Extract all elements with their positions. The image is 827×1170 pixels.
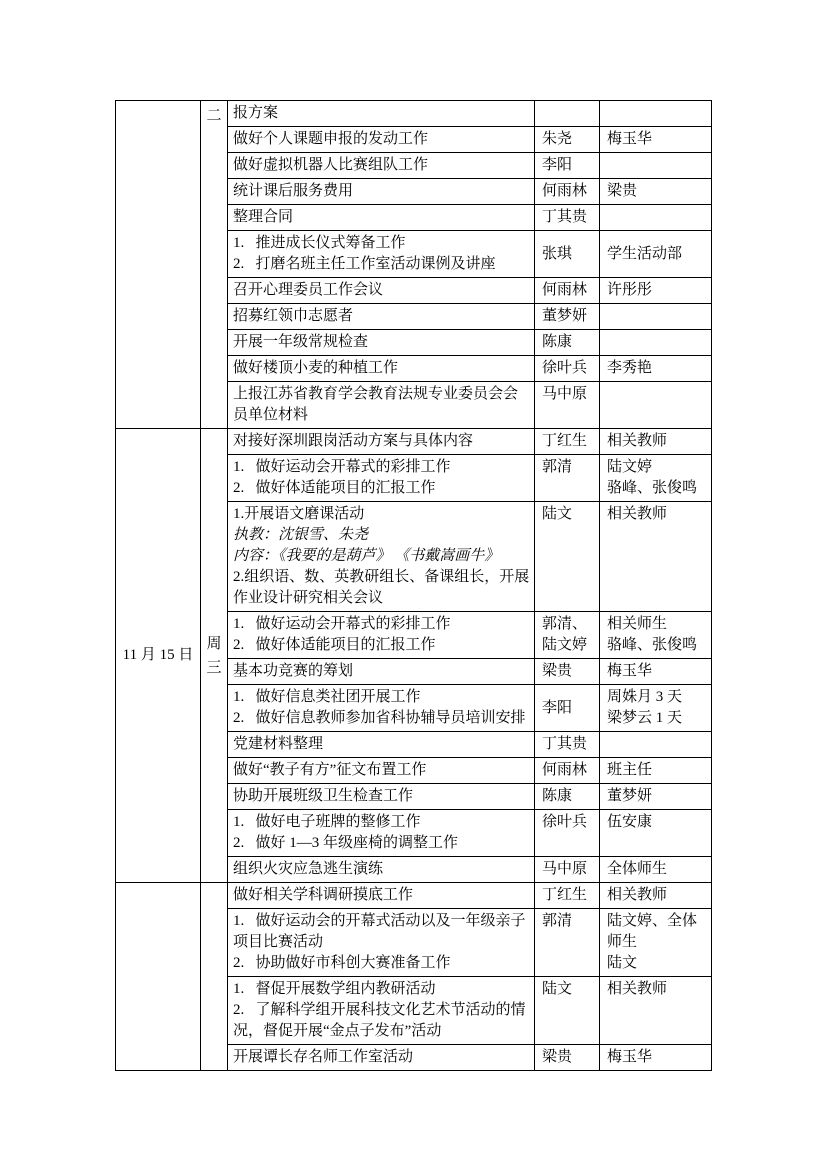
day-block-wednesday: 11 月 15 日 周三 对接好深圳跟岗活动方案与具体内容 丁红生 相关教师 1…: [116, 429, 711, 883]
table-row: 统计课后服务费用 何雨林 梁贵: [228, 179, 711, 205]
assist-cell: 相关教师: [599, 977, 711, 1044]
person-cell: 梁贵: [534, 659, 599, 684]
assist-cell: 梅玉华: [599, 659, 711, 684]
task-paragraph: 报方案: [233, 103, 532, 124]
person-name: 何雨林: [542, 760, 598, 781]
task-cell: 开展一年级常规检查: [228, 330, 534, 355]
assist-cell: 陆文婷、全体师生 陆文: [599, 909, 711, 976]
person-cell: 何雨林: [534, 278, 599, 303]
task-cell: 统计课后服务费用: [228, 179, 534, 204]
task-cell: 整理合同: [228, 205, 534, 230]
assist-cell: 全体师生: [599, 857, 711, 882]
task-paragraph: 2. 打磨名班主任工作室活动课例及讲座: [233, 254, 532, 275]
person-name: 朱尧: [542, 129, 598, 150]
table-row: 党建材料整理 丁其贵: [228, 732, 711, 758]
task-paragraph: 做好虚拟机器人比赛组队工作: [233, 155, 532, 176]
assist-cell: [599, 330, 711, 355]
table-row: 1. 做好运动会的开幕式活动以及一年级亲子项目比赛活动 2. 协助做好市科创大赛…: [228, 909, 711, 977]
person-cell: 徐叶兵: [534, 810, 599, 856]
assist-line: 相关教师: [607, 979, 709, 1000]
table-row: 开展谭长存名师工作室活动 梁贵 梅玉华: [228, 1045, 711, 1070]
person-name: 丁其贵: [542, 734, 598, 755]
assist-line: 相关教师: [607, 431, 709, 452]
task-paragraph: 协助开展班级卫生检查工作: [233, 786, 532, 807]
table-row: 上报江苏省教育学会教育法规专业委员会会员单位材料 马中原: [228, 382, 711, 428]
schedule-table: 二 报方案 做好个人课题申报的发动工作 朱尧 梅玉华 做好虚拟机器人比赛组队工作…: [115, 100, 712, 1071]
person-cell: 梁贵: [534, 1045, 599, 1070]
task-paragraph: 1. 做好运动会的开幕式活动以及一年级亲子项目比赛活动: [233, 911, 532, 953]
task-cell: 组织火灾应急逃生演练: [228, 857, 534, 882]
table-row: 召开心理委员工作会议 何雨林 许彤彤: [228, 278, 711, 304]
task-cell: 上报江苏省教育学会教育法规专业委员会会员单位材料: [228, 382, 534, 428]
table-row: 1. 做好运动会开幕式的彩排工作 2. 做好体适能项目的汇报工作 郭清 陆文婷 …: [228, 455, 711, 502]
assist-line: 陆文婷、全体师生: [607, 911, 709, 953]
task-paragraph: 1. 做好信息类社团开展工作: [233, 687, 532, 708]
task-cell: 招募红领巾志愿者: [228, 304, 534, 329]
task-paragraph: 党建材料整理: [233, 734, 532, 755]
person-name: 李阳: [542, 698, 598, 719]
table-row: 1.开展语文磨课活动 执教：沈银雪、朱尧 内容：《我要的是葫芦》 《书戴嵩画牛》…: [228, 502, 711, 612]
task-paragraph: 1. 推进成长仪式筹备工作: [233, 233, 532, 254]
person-name: 梁贵: [542, 661, 598, 682]
person-cell: 马中原: [534, 382, 599, 428]
assist-cell: [599, 101, 711, 126]
person-name: [542, 103, 598, 113]
task-cell: 1. 督促开展数学组内教研活动 2. 了解科学组开展科技文化艺术节活动的情况，督…: [228, 977, 534, 1044]
task-paragraph: 2. 做好体适能项目的汇报工作: [233, 478, 532, 499]
task-paragraph: 做好“教子有方”征文布置工作: [233, 760, 532, 781]
person-cell: 陈康: [534, 330, 599, 355]
assist-cell: [599, 153, 711, 178]
task-paragraph: 1.开展语文磨课活动: [233, 504, 532, 525]
person-name: 郭清: [542, 911, 598, 932]
date-cell: 11 月 15 日: [116, 429, 201, 882]
person-name: 丁红生: [542, 885, 598, 906]
person-name: 陈康: [542, 786, 598, 807]
person-name: 何雨林: [542, 280, 598, 301]
task-cell: 做好相关学科调研摸底工作: [228, 883, 534, 908]
task-cell: 对接好深圳跟岗活动方案与具体内容: [228, 429, 534, 454]
person-cell: 马中原: [534, 857, 599, 882]
assist-line: 许彤彤: [607, 280, 709, 301]
person-cell: 郭清: [534, 455, 599, 501]
task-paragraph: 基本功竞赛的筹划: [233, 661, 532, 682]
assist-line: 李秀艳: [607, 358, 709, 379]
person-name: 陆文: [542, 504, 598, 525]
assist-line: 陆文婷: [607, 457, 709, 478]
task-cell: 召开心理委员工作会议: [228, 278, 534, 303]
person-cell: 徐叶兵: [534, 356, 599, 381]
task-rows: 对接好深圳跟岗活动方案与具体内容 丁红生 相关教师 1. 做好运动会开幕式的彩排…: [228, 429, 711, 882]
assist-line: 相关教师: [607, 504, 709, 525]
task-paragraph: 招募红领巾志愿者: [233, 306, 532, 327]
assist-cell: 相关师生 骆峰、张俊鸣: [599, 612, 711, 658]
task-paragraph: 1. 做好运动会开幕式的彩排工作: [233, 614, 532, 635]
assist-cell: 周姝月 3 天 梁梦云 1 天: [599, 685, 711, 731]
person-cell: 郭清: [534, 909, 599, 976]
task-paragraph: 开展谭长存名师工作室活动: [233, 1047, 532, 1068]
person-cell: 张琪: [534, 231, 599, 277]
assist-line: 伍安康: [607, 812, 709, 833]
date-cell: [116, 101, 201, 428]
person-name: 丁其贵: [542, 207, 598, 228]
assist-line: 学生活动部: [607, 244, 709, 265]
person-name: 郭清、陆文婷: [542, 614, 598, 656]
task-paragraph: 开展一年级常规检查: [233, 332, 532, 353]
assist-cell: 梅玉华: [599, 127, 711, 152]
day-block-tuesday: 二 报方案 做好个人课题申报的发动工作 朱尧 梅玉华 做好虚拟机器人比赛组队工作…: [116, 101, 711, 429]
task-rows: 报方案 做好个人课题申报的发动工作 朱尧 梅玉华 做好虚拟机器人比赛组队工作 李…: [228, 101, 711, 428]
task-cell: 协助开展班级卫生检查工作: [228, 784, 534, 809]
person-cell: 何雨林: [534, 758, 599, 783]
assist-cell: 陆文婷 骆峰、张俊鸣: [599, 455, 711, 501]
day-cell: 二: [201, 101, 228, 428]
assist-cell: [599, 382, 711, 428]
person-name: 陆文: [542, 979, 598, 1000]
person-name: 马中原: [542, 859, 598, 880]
table-row: 协助开展班级卫生检查工作 陈康 董梦妍: [228, 784, 711, 810]
person-cell: 李阳: [534, 153, 599, 178]
table-row: 做好虚拟机器人比赛组队工作 李阳: [228, 153, 711, 179]
table-row: 做好个人课题申报的发动工作 朱尧 梅玉华: [228, 127, 711, 153]
person-cell: 丁红生: [534, 883, 599, 908]
person-name: 徐叶兵: [542, 358, 598, 379]
task-paragraph: 上报江苏省教育学会教育法规专业委员会会员单位材料: [233, 384, 532, 426]
table-row: 1. 做好信息类社团开展工作 2. 做好信息教师参加省科协辅导员培训安排 李阳 …: [228, 685, 711, 732]
person-cell: 陈康: [534, 784, 599, 809]
assist-line: 全体师生: [607, 859, 709, 880]
task-paragraph: 组织火灾应急逃生演练: [233, 859, 532, 880]
table-row: 做好“教子有方”征文布置工作 何雨林 班主任: [228, 758, 711, 784]
task-cell: 1. 做好电子班牌的整修工作 2. 做好 1—3 年级座椅的调整工作: [228, 810, 534, 856]
task-cell: 做好“教子有方”征文布置工作: [228, 758, 534, 783]
task-paragraph: 整理合同: [233, 207, 532, 228]
table-row: 做好楼顶小麦的种植工作 徐叶兵 李秀艳: [228, 356, 711, 382]
table-row: 招募红领巾志愿者 董梦妍: [228, 304, 711, 330]
assist-line: 梁贵: [607, 181, 709, 202]
table-row: 基本功竞赛的筹划 梁贵 梅玉华: [228, 659, 711, 685]
task-paragraph: 对接好深圳跟岗活动方案与具体内容: [233, 431, 532, 452]
assist-line: 班主任: [607, 760, 709, 781]
assist-line: 董梦妍: [607, 786, 709, 807]
person-name: 李阳: [542, 155, 598, 176]
assist-line: 骆峰、张俊鸣: [607, 635, 709, 656]
task-paragraph-italic: 执教：沈银雪、朱尧: [233, 525, 532, 546]
table-row: 1. 做好运动会开幕式的彩排工作 2. 做好体适能项目的汇报工作 郭清、陆文婷 …: [228, 612, 711, 659]
person-name: 张琪: [542, 244, 598, 265]
day-block-continuation: 做好相关学科调研摸底工作 丁红生 相关教师 1. 做好运动会的开幕式活动以及一年…: [116, 883, 711, 1070]
assist-line: 周姝月 3 天: [607, 687, 709, 708]
day-text: 周三: [201, 632, 227, 680]
assist-line: 梅玉华: [607, 129, 709, 150]
task-cell: 开展谭长存名师工作室活动: [228, 1045, 534, 1070]
task-paragraph: 召开心理委员工作会议: [233, 280, 532, 301]
table-row: 做好相关学科调研摸底工作 丁红生 相关教师: [228, 883, 711, 909]
table-row: 1. 做好电子班牌的整修工作 2. 做好 1—3 年级座椅的调整工作 徐叶兵 伍…: [228, 810, 711, 857]
task-cell: 做好虚拟机器人比赛组队工作: [228, 153, 534, 178]
date-cell: [116, 883, 201, 1070]
person-name: 何雨林: [542, 181, 598, 202]
assist-line: 相关师生: [607, 614, 709, 635]
person-name: 郭清: [542, 457, 598, 478]
day-cell: 周三: [201, 429, 228, 882]
person-cell: 丁红生: [534, 429, 599, 454]
assist-cell: 相关教师: [599, 502, 711, 611]
table-row: 1. 督促开展数学组内教研活动 2. 了解科学组开展科技文化艺术节活动的情况，督…: [228, 977, 711, 1045]
task-paragraph: 2. 做好体适能项目的汇报工作: [233, 635, 532, 656]
date-text: 11 月 15 日: [123, 645, 194, 666]
person-cell: [534, 101, 599, 126]
person-name: 丁红生: [542, 431, 598, 452]
assist-cell: [599, 304, 711, 329]
table-row: 整理合同 丁其贵: [228, 205, 711, 231]
task-cell: 1.开展语文磨课活动 执教：沈银雪、朱尧 内容：《我要的是葫芦》 《书戴嵩画牛》…: [228, 502, 534, 611]
assist-line: 梅玉华: [607, 661, 709, 682]
table-row: 1. 推进成长仪式筹备工作 2. 打磨名班主任工作室活动课例及讲座 张琪 学生活…: [228, 231, 711, 278]
task-paragraph: 2. 了解科学组开展科技文化艺术节活动的情况，督促开展“金点子发布”活动: [233, 1000, 532, 1042]
assist-line: 相关教师: [607, 885, 709, 906]
task-paragraph: 2. 做好 1—3 年级座椅的调整工作: [233, 833, 532, 854]
assist-cell: 梅玉华: [599, 1045, 711, 1070]
assist-cell: 相关教师: [599, 429, 711, 454]
task-paragraph: 统计课后服务费用: [233, 181, 532, 202]
assist-cell: 李秀艳: [599, 356, 711, 381]
table-row: 组织火灾应急逃生演练 马中原 全体师生: [228, 857, 711, 882]
person-name: 梁贵: [542, 1047, 598, 1068]
task-cell: 1. 推进成长仪式筹备工作 2. 打磨名班主任工作室活动课例及讲座: [228, 231, 534, 277]
task-cell: 1. 做好运动会开幕式的彩排工作 2. 做好体适能项目的汇报工作: [228, 612, 534, 658]
task-cell: 做好楼顶小麦的种植工作: [228, 356, 534, 381]
assist-cell: 董梦妍: [599, 784, 711, 809]
table-row: 报方案: [228, 101, 711, 127]
task-paragraph: 1. 做好运动会开幕式的彩排工作: [233, 457, 532, 478]
document-page: 二 报方案 做好个人课题申报的发动工作 朱尧 梅玉华 做好虚拟机器人比赛组队工作…: [0, 0, 827, 1170]
person-cell: 李阳: [534, 685, 599, 731]
assist-cell: 班主任: [599, 758, 711, 783]
task-paragraph: 2. 协助做好市科创大赛准备工作: [233, 953, 532, 974]
task-paragraph: 做好楼顶小麦的种植工作: [233, 358, 532, 379]
person-name: 徐叶兵: [542, 812, 598, 833]
assist-cell: 相关教师: [599, 883, 711, 908]
task-paragraph: 1. 督促开展数学组内教研活动: [233, 979, 532, 1000]
assist-line: 陆文: [607, 953, 709, 974]
task-cell: 1. 做好运动会的开幕式活动以及一年级亲子项目比赛活动 2. 协助做好市科创大赛…: [228, 909, 534, 976]
person-cell: 丁其贵: [534, 205, 599, 230]
task-paragraph: 1. 做好电子班牌的整修工作: [233, 812, 532, 833]
task-cell: 报方案: [228, 101, 534, 126]
person-name: 马中原: [542, 384, 598, 405]
person-cell: 朱尧: [534, 127, 599, 152]
assist-cell: [599, 732, 711, 757]
person-cell: 丁其贵: [534, 732, 599, 757]
table-row: 开展一年级常规检查 陈康: [228, 330, 711, 356]
person-name: 陈康: [542, 332, 598, 353]
task-cell: 党建材料整理: [228, 732, 534, 757]
assist-line: 梁梦云 1 天: [607, 708, 709, 729]
assist-line: 梅玉华: [607, 1047, 709, 1068]
assist-cell: 学生活动部: [599, 231, 711, 277]
person-cell: 郭清、陆文婷: [534, 612, 599, 658]
day-cell: [201, 883, 228, 1070]
person-cell: 何雨林: [534, 179, 599, 204]
task-rows: 做好相关学科调研摸底工作 丁红生 相关教师 1. 做好运动会的开幕式活动以及一年…: [228, 883, 711, 1070]
assist-cell: 梁贵: [599, 179, 711, 204]
assist-cell: 伍安康: [599, 810, 711, 856]
assist-cell: [599, 205, 711, 230]
task-cell: 1. 做好运动会开幕式的彩排工作 2. 做好体适能项目的汇报工作: [228, 455, 534, 501]
task-paragraph-italic: 内容：《我要的是葫芦》 《书戴嵩画牛》: [233, 546, 532, 567]
task-paragraph: 2.组织语、数、英教研组长、备课组长，开展作业设计研究相关会议: [233, 567, 532, 609]
task-cell: 做好个人课题申报的发动工作: [228, 127, 534, 152]
day-text: 二: [206, 104, 221, 128]
assist-line: 骆峰、张俊鸣: [607, 478, 709, 499]
task-paragraph: 2. 做好信息教师参加省科协辅导员培训安排: [233, 708, 532, 729]
person-cell: 陆文: [534, 977, 599, 1044]
person-cell: 陆文: [534, 502, 599, 611]
task-paragraph: 做好个人课题申报的发动工作: [233, 129, 532, 150]
person-cell: 董梦妍: [534, 304, 599, 329]
person-name: 董梦妍: [542, 306, 598, 327]
task-cell: 基本功竞赛的筹划: [228, 659, 534, 684]
assist-cell: 许彤彤: [599, 278, 711, 303]
task-cell: 1. 做好信息类社团开展工作 2. 做好信息教师参加省科协辅导员培训安排: [228, 685, 534, 731]
task-paragraph: 做好相关学科调研摸底工作: [233, 885, 532, 906]
table-row: 对接好深圳跟岗活动方案与具体内容 丁红生 相关教师: [228, 429, 711, 455]
